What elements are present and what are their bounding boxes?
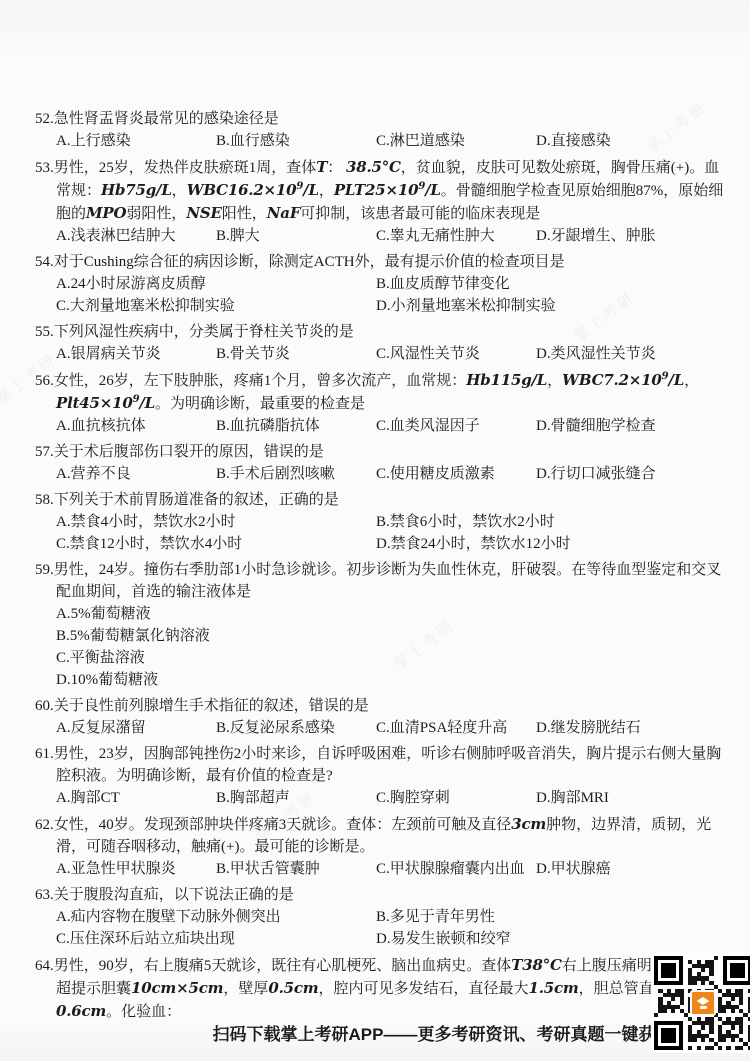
options: A.5%葡萄糖液B.5%葡萄糖氯化钠溶液C.平衡盐溶液D.10%葡萄糖液 [35,603,725,691]
option-B: B.血抗磷脂抗体 [216,415,376,437]
question-55: 55.下列风湿性疾病中，分类属于脊柱关节炎的是A.银屑病关节炎B.骨关节炎C.风… [35,321,725,365]
options: A.疝内容物在腹壁下动脉外侧突出B.多见于青年男性C.压住深环后站立疝块出现D.… [35,906,725,950]
option-D: D.小剂量地塞米松抑制实验 [376,295,725,317]
stem-text: ，腔内可见多发结石，直径最大 [318,981,528,997]
stem-math-text: 10cm×5cm [131,979,223,997]
cap-base-shape [700,1006,707,1009]
question-62: 62.女性，40岁。发现颈部肿块伴疼痛3天就诊。查体：左颈前可触及直径3cm肿物… [35,813,725,880]
question-56: 56.女性，26岁，左下肢肿胀，疼痛1个月，曾多次流产，血常规：Hb115g/L… [35,369,725,437]
option-A: A.银屑病关节炎 [56,343,216,365]
option-D: D.牙龈增生、肿胀 [536,225,725,247]
question-number: 59. [35,562,54,578]
stem-text: 男性，23岁，因胸部钝挫伤2小时来诊，自诉呼吸困难，听诊右侧肺呼吸音消失，胸片提… [54,746,722,784]
stem-text: 阳性， [222,206,267,222]
stem-text: 关于术后腹部伤口裂开的原因，错误的是 [54,444,324,460]
question-stem: 55.下列风湿性疾病中，分类属于脊柱关节炎的是 [35,321,725,343]
option-C: C.压住深环后站立疝块出现 [56,928,376,950]
stem-text: 下列风湿性疾病中，分类属于脊柱关节炎的是 [54,324,354,340]
option-B: B.反复泌尿系感染 [216,717,376,739]
option-C: C.使用糖皮质激素 [376,463,536,485]
option-D: D.骨髓细胞学检查 [536,415,725,437]
stem-text: 。为明确诊断，最重要的检查是 [155,396,365,412]
graduation-cap-icon [690,990,716,1016]
question-58: 58.下列关于术前胃肠道准备的叙述，正确的是A.禁食4小时，禁饮水2小时B.禁食… [35,489,725,555]
question-number: 64. [35,958,54,974]
stem-math-text: /L [668,371,684,389]
stem-text: 关于良性前列腺增生手术指征的叙述，错误的是 [54,698,369,714]
stem-math-text: NSE [186,204,221,222]
stem-math-text: Hb115g/L [466,371,547,389]
question-stem: 56.女性，26岁，左下肢肿胀，疼痛1个月，曾多次流产，血常规：Hb115g/L… [35,369,725,415]
question-60: 60.关于良性前列腺增生手术指征的叙述，错误的是A.反复尿潴留B.反复泌尿系感染… [35,695,725,739]
option-C: C.睾丸无痛性肿大 [376,225,536,247]
option-C: C.血清PSA轻度升高 [376,717,536,739]
stem-text: 对于Cushing综合征的病因诊断，除测定ACTH外，最有提示价值的检查项目是 [54,254,565,270]
option-A: A.反复尿潴留 [56,717,216,739]
question-number: 55. [35,324,54,340]
option-D: D.类风湿性关节炎 [536,343,725,365]
stem-math-text: WBC16.2×10 [187,181,297,199]
stem-math-text: 1.5cm [528,979,578,997]
qr-code [651,953,750,1053]
option-B: B.胸部超声 [216,787,376,809]
cap-top-shape [697,997,710,1005]
question-63: 63.关于腹股沟直疝，以下说法正确的是A.疝内容物在腹壁下动脉外侧突出B.多见于… [35,884,725,950]
option-B: B.血皮质醇节律变化 [376,273,725,295]
stem-math-text: Hb75g/L [101,181,172,199]
question-number: 56. [35,373,54,389]
option-B: B.禁食6小时，禁饮水2小时 [376,511,725,533]
question-number: 63. [35,887,54,903]
question-57: 57.关于术后腹部伤口裂开的原因，错误的是A.营养不良B.手术后剧烈咳嗽C.使用… [35,441,725,485]
question-number: 52. [35,111,54,127]
options: A.胸部CTB.胸部超声C.胸腔穿刺D.胸部MRI [35,787,725,809]
stem-math-text: Plt45×10 [56,394,133,412]
option-B: B.手术后剧烈咳嗽 [216,463,376,485]
stem-text: 可抑制，该患者最可能的临床表现是 [300,206,540,222]
stem-text: 急性肾盂肾炎最常见的感染途径是 [54,111,279,127]
option-A: A.营养不良 [56,463,216,485]
option-B: B.甲状舌管囊肿 [216,858,376,880]
option-D: D.直接感染 [536,130,725,152]
stem-math-text: 0.6cm [56,1002,106,1020]
stem-math-text: T [316,158,327,176]
stem-math-text: /L [303,181,319,199]
option-B: B.多见于青年男性 [376,906,725,928]
stem-math-text: NaF [267,204,300,222]
option-A: A.疝内容物在腹壁下动脉外侧突出 [56,906,376,928]
option-A: A.血抗核抗体 [56,415,216,437]
option-B: B.脾大 [216,225,376,247]
option-C: C.淋巴道感染 [376,130,536,152]
question-number: 57. [35,444,54,460]
question-stem: 54.对于Cushing综合征的病因诊断，除测定ACTH外，最有提示价值的检查项… [35,251,725,273]
question-number: 58. [35,492,54,508]
question-stem: 63.关于腹股沟直疝，以下说法正确的是 [35,884,725,906]
stem-text: 弱阳性， [126,206,186,222]
stem-text: 男性，24岁。撞伤右季肋部1小时急诊就诊。初步诊断为失血性休克，肝破裂。在等待血… [54,562,722,600]
option-C: C.血类风湿因子 [376,415,536,437]
option-D: D.禁食24小时，禁饮水12小时 [376,533,725,555]
question-59: 59.男性，24岁。撞伤右季肋部1小时急诊就诊。初步诊断为失血性休克，肝破裂。在… [35,559,725,691]
option-B: B.5%葡萄糖氯化钠溶液 [56,625,725,647]
question-61: 61.男性，23岁，因胸部钝挫伤2小时来诊，自诉呼吸困难，听诊右侧肺呼吸音消失，… [35,743,725,809]
stem-text: 女性，40岁。发现颈部肿块伴疼痛3天就诊。查体：左颈前可触及直径 [54,817,512,833]
options: A.禁食4小时，禁饮水2小时B.禁食6小时，禁饮水2小时C.禁食12小时，禁饮水… [35,511,725,555]
question-stem: 62.女性，40岁。发现颈部肿块伴疼痛3天就诊。查体：左颈前可触及直径3cm肿物… [35,813,725,858]
question-stem: 53.男性，25岁，发热伴皮肤瘀斑1周，查体T： 38.5°C，贫血貌，皮肤可见… [35,156,725,225]
stem-math-text: WBC7.2×10 [562,371,661,389]
stem-text: 男性，90岁，右上腹痛5天就诊，既往有心肌梗死、脑出血病史。查体 [54,958,512,974]
option-A: A.浅表淋巴结肿大 [56,225,216,247]
question-54: 54.对于Cushing综合征的病因诊断，除测定ACTH外，最有提示价值的检查项… [35,251,725,317]
question-64: 64.男性，90岁，右上腹痛5天就诊，既往有心肌梗死、脑出血病史。查体T38°C… [35,954,725,1023]
option-D: D.继发膀胱结石 [536,717,725,739]
options: A.亚急性甲状腺炎B.甲状舌管囊肿C.甲状腺腺瘤囊内出血D.甲状腺癌 [35,858,725,880]
question-number: 53. [35,160,54,176]
stem-text: 女性，26岁，左下肢肿胀，疼痛1个月，曾多次流产，血常规： [54,373,467,389]
question-number: 61. [35,746,54,762]
option-C: C.平衡盐溶液 [56,647,725,669]
question-52: 52.急性肾盂肾炎最常见的感染途径是A.上行感染B.血行感染C.淋巴道感染D.直… [35,108,725,152]
question-stem: 58.下列关于术前胃肠道准备的叙述，正确的是 [35,489,725,511]
qr-finder-icon [723,956,750,985]
qr-finder-icon [654,1021,683,1050]
stem-text: ： [327,160,346,176]
stem-math-text: PLT25×10 [334,181,418,199]
option-D: D.行切口减张缝合 [536,463,725,485]
stem-text: ，壁厚 [223,981,268,997]
stem-math-text: /L [425,181,441,199]
option-D: D.甲状腺癌 [536,858,725,880]
option-A: A.禁食4小时，禁饮水2小时 [56,511,376,533]
stem-math-text: 3cm [511,815,546,833]
option-B: B.血行感染 [216,130,376,152]
option-A: A.胸部CT [56,787,216,809]
question-stem: 61.男性，23岁，因胸部钝挫伤2小时来诊，自诉呼吸困难，听诊右侧肺呼吸音消失，… [35,743,725,787]
option-B: B.骨关节炎 [216,343,376,365]
stem-text: 关于腹股沟直疝，以下说法正确的是 [54,887,294,903]
option-D: D.易发生嵌顿和绞窄 [376,928,725,950]
question-53: 53.男性，25岁，发热伴皮肤瘀斑1周，查体T： 38.5°C，贫血貌，皮肤可见… [35,156,725,247]
options: A.营养不良B.手术后剧烈咳嗽C.使用糖皮质激素D.行切口减张缝合 [35,463,725,485]
option-C: C.禁食12小时，禁饮水4小时 [56,533,376,555]
question-number: 54. [35,254,54,270]
question-stem: 52.急性肾盂肾炎最常见的感染途径是 [35,108,725,130]
option-C: C.风湿性关节炎 [376,343,536,365]
question-list: 52.急性肾盂肾炎最常见的感染途径是A.上行感染B.血行感染C.淋巴道感染D.直… [35,108,725,1027]
stem-math-text: MPO [86,204,126,222]
stem-text: ， [547,373,562,389]
option-A: A.24小时尿游离皮质醇 [56,273,376,295]
stem-math-text: T38°C [511,956,561,974]
stem-text: ， [684,373,699,389]
question-number: 60. [35,698,54,714]
question-number: 62. [35,817,54,833]
option-A: A.亚急性甲状腺炎 [56,858,216,880]
option-C: C.大剂量地塞米松抑制实验 [56,295,376,317]
options: A.24小时尿游离皮质醇B.血皮质醇节律变化C.大剂量地塞米松抑制实验D.小剂量… [35,273,725,317]
options: A.银屑病关节炎B.骨关节炎C.风湿性关节炎D.类风湿性关节炎 [35,343,725,365]
options: A.浅表淋巴结肿大B.脾大C.睾丸无痛性肿大D.牙龈增生、肿胀 [35,225,725,247]
stem-text: 下列关于术前胃肠道准备的叙述，正确的是 [54,492,339,508]
option-D: D.10%葡萄糖液 [56,669,725,691]
stem-math-text: 0.5cm [268,979,318,997]
stem-text: 男性，25岁，发热伴皮肤瘀斑1周，查体 [54,160,317,176]
footer-promo-text: 扫码下载掌上考研APP——更多考研资讯、考研真题一键获取 [195,1020,690,1045]
qr-finder-icon [654,956,683,985]
question-stem: 57.关于术后腹部伤口裂开的原因，错误的是 [35,441,725,463]
option-C: C.胸腔穿刺 [376,787,536,809]
options: A.反复尿潴留B.反复泌尿系感染C.血清PSA轻度升高D.继发膀胱结石 [35,717,725,739]
stem-text: 。化验血： [106,1004,181,1020]
option-A: A.5%葡萄糖液 [56,603,725,625]
option-C: C.甲状腺腺瘤囊内出血 [376,858,536,880]
stem-math-text: /L [139,394,155,412]
question-stem: 59.男性，24岁。撞伤右季肋部1小时急诊就诊。初步诊断为失血性休克，肝破裂。在… [35,559,725,603]
option-D: D.胸部MRI [536,787,725,809]
question-stem: 60.关于良性前列腺增生手术指征的叙述，错误的是 [35,695,725,717]
options: A.血抗核抗体B.血抗磷脂抗体C.血类风湿因子D.骨髓细胞学检查 [35,415,725,437]
option-A: A.上行感染 [56,130,216,152]
options: A.上行感染B.血行感染C.淋巴道感染D.直接感染 [35,130,725,152]
question-stem: 64.男性，90岁，右上腹痛5天就诊，既往有心肌梗死、脑出血病史。查体T38°C… [35,954,725,1023]
stem-math-text: 38.5°C [346,158,401,176]
stem-text: ， [319,183,334,199]
stem-text: ， [172,183,187,199]
